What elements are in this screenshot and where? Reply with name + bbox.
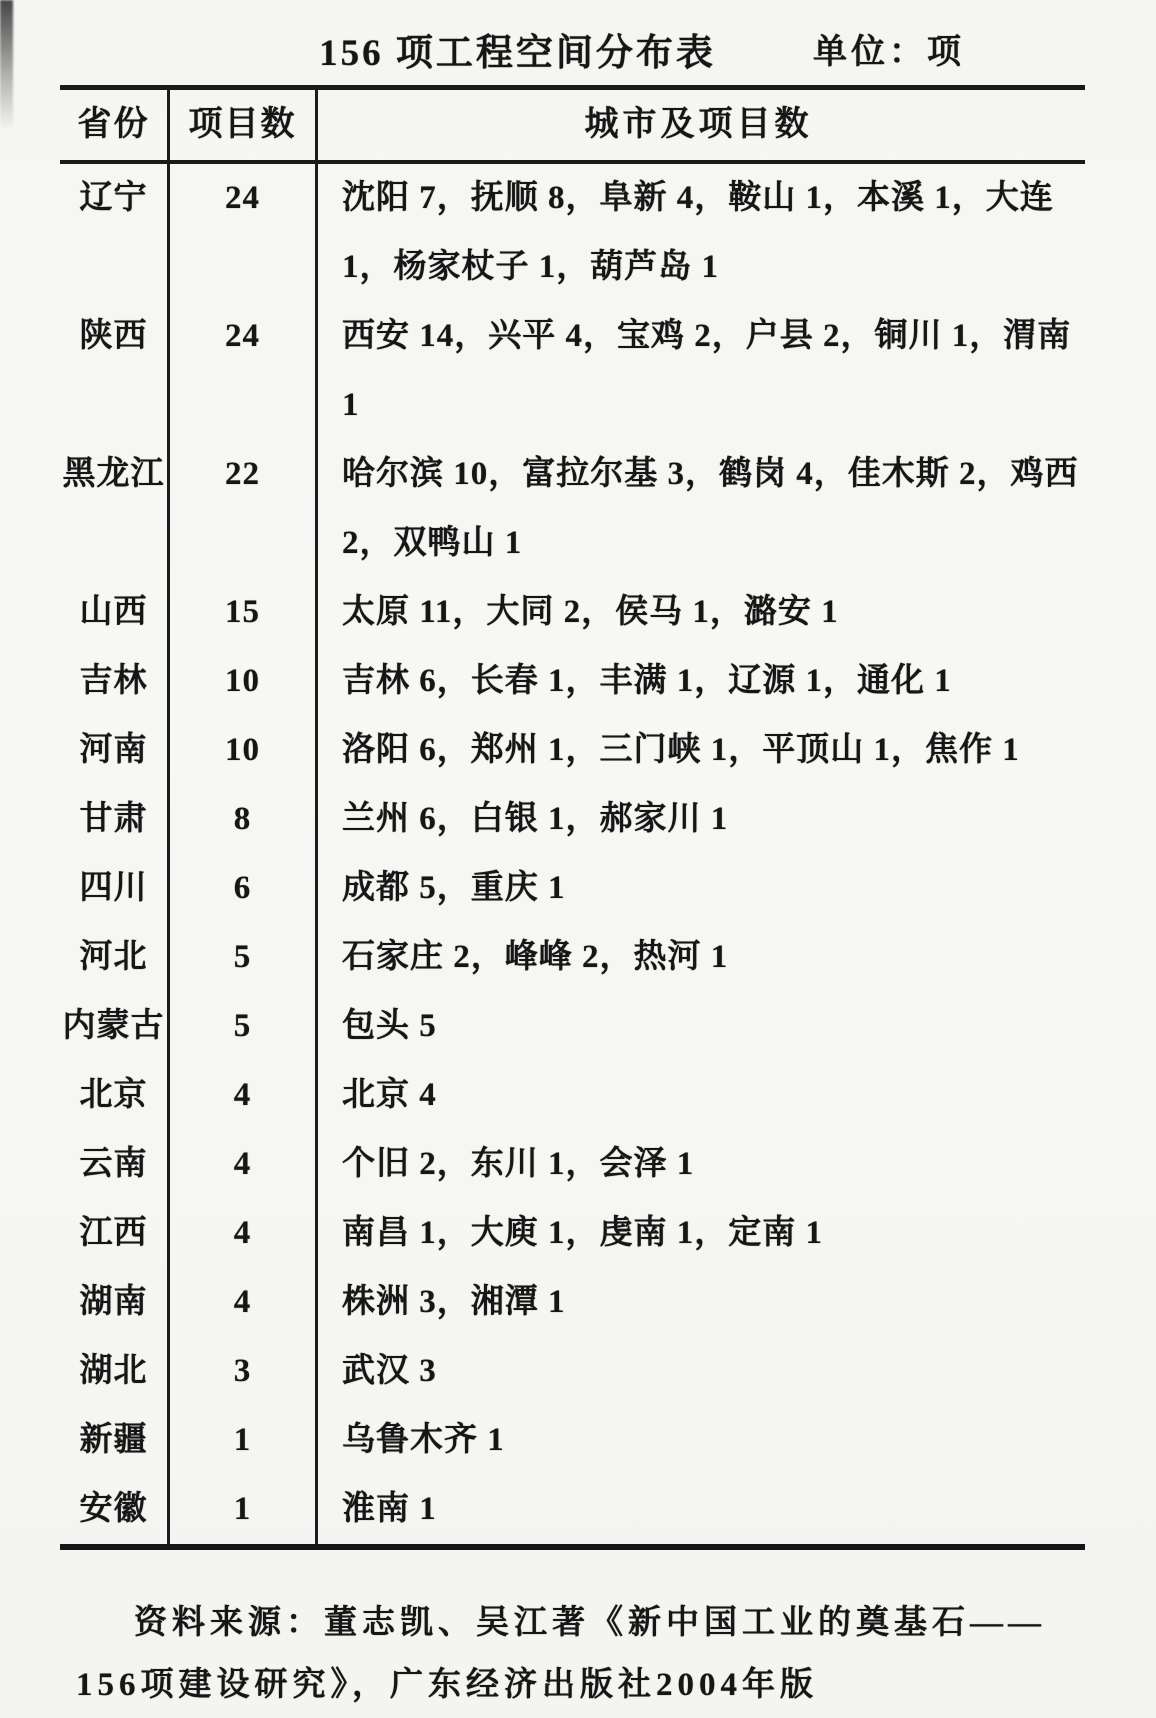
cities-cell: 西安 14，兴平 4，宝鸡 2，户县 2，铜川 1，渭南 1 [318,302,1085,440]
cities-cell: 太原 11，大同 2，侯马 1，潞安 1 [318,578,1085,647]
table-row: 安徽 1 淮南 1 [60,1475,1085,1544]
project-count-cell: 5 [170,923,318,992]
cities-cell: 石家庄 2，峰峰 2，热河 1 [318,923,1085,992]
province-cell: 四川 [60,854,170,923]
cities-cell: 沈阳 7，抚顺 8，阜新 4，鞍山 1，本溪 1，大连 1，杨家杖子 1，葫芦岛… [318,164,1085,302]
source-citation: 资料来源：董志凯、吴江著《新中国工业的奠基石——156项建设研究》，广东经济出版… [76,1592,1076,1716]
project-count-cell: 4 [170,1268,318,1337]
project-count-cell: 5 [170,992,318,1061]
scan-edge-artifact [0,0,13,130]
cities-cell: 北京 4 [318,1061,1085,1130]
distribution-table: 省份 项目数 城市及项目数 辽宁 24 沈阳 7，抚顺 8，阜新 4，鞍山 1，… [60,85,1085,1550]
table-row: 新疆 1 乌鲁木齐 1 [60,1406,1085,1475]
table-row: 甘肃 8 兰州 6，白银 1，郝家川 1 [60,785,1085,854]
cities-cell: 成都 5，重庆 1 [318,854,1085,923]
cities-cell: 淮南 1 [318,1475,1085,1544]
table-row: 四川 6 成都 5，重庆 1 [60,854,1085,923]
province-cell: 内蒙古 [60,992,170,1061]
cities-cell: 株洲 3，湘潭 1 [318,1268,1085,1337]
project-count-cell: 6 [170,854,318,923]
project-count-cell: 4 [170,1199,318,1268]
cities-cell: 包头 5 [318,992,1085,1061]
province-cell: 河北 [60,923,170,992]
province-cell: 陕西 [60,302,170,440]
province-cell: 黑龙江 [60,440,170,578]
table-row: 湖北 3 武汉 3 [60,1337,1085,1406]
table-row: 北京 4 北京 4 [60,1061,1085,1130]
province-cell: 安徽 [60,1475,170,1544]
project-count-cell: 1 [170,1475,318,1544]
province-cell: 湖北 [60,1337,170,1406]
cities-cell: 洛阳 6，郑州 1，三门峡 1，平顶山 1，焦作 1 [318,716,1085,785]
table-body: 辽宁 24 沈阳 7，抚顺 8，阜新 4，鞍山 1，本溪 1，大连 1，杨家杖子… [60,164,1085,1544]
table-row: 吉林 10 吉林 6，长春 1，丰满 1，辽源 1，通化 1 [60,647,1085,716]
province-cell: 云南 [60,1130,170,1199]
table-row: 辽宁 24 沈阳 7，抚顺 8，阜新 4，鞍山 1，本溪 1，大连 1，杨家杖子… [60,164,1085,302]
province-cell: 辽宁 [60,164,170,302]
project-count-cell: 24 [170,302,318,440]
province-cell: 江西 [60,1199,170,1268]
header-project-count: 项目数 [170,90,318,160]
province-cell: 新疆 [60,1406,170,1475]
table-row: 陕西 24 西安 14，兴平 4，宝鸡 2，户县 2，铜川 1，渭南 1 [60,302,1085,440]
project-count-cell: 8 [170,785,318,854]
cities-cell: 武汉 3 [318,1337,1085,1406]
header-cities: 城市及项目数 [318,90,1085,160]
unit-label: 单位：项 [813,24,965,73]
project-count-cell: 4 [170,1130,318,1199]
project-count-cell: 10 [170,716,318,785]
project-count-cell: 22 [170,440,318,578]
scanned-book-page: 156 项工程空间分布表 单位：项 省份 项目数 城市及项目数 辽宁 24 沈阳… [0,0,1156,1718]
project-count-cell: 1 [170,1406,318,1475]
province-cell: 甘肃 [60,785,170,854]
table-row: 河南 10 洛阳 6，郑州 1，三门峡 1，平顶山 1，焦作 1 [60,716,1085,785]
table-row: 黑龙江 22 哈尔滨 10，富拉尔基 3，鹤岗 4，佳木斯 2，鸡西 2，双鸭山… [60,440,1085,578]
cities-cell: 个旧 2，东川 1，会泽 1 [318,1130,1085,1199]
table-caption-row: 156 项工程空间分布表 单位：项 [60,0,1085,85]
project-count-cell: 24 [170,164,318,302]
project-count-cell: 15 [170,578,318,647]
table-row: 江西 4 南昌 1，大庾 1，虔南 1，定南 1 [60,1199,1085,1268]
province-cell: 河南 [60,716,170,785]
cities-cell: 乌鲁木齐 1 [318,1406,1085,1475]
province-cell: 吉林 [60,647,170,716]
table-header-row: 省份 项目数 城市及项目数 [60,90,1085,164]
province-cell: 湖南 [60,1268,170,1337]
project-count-cell: 3 [170,1337,318,1406]
table-row: 湖南 4 株洲 3，湘潭 1 [60,1268,1085,1337]
project-count-cell: 4 [170,1061,318,1130]
project-count-cell: 10 [170,647,318,716]
header-province: 省份 [60,90,170,160]
cities-cell: 兰州 6，白银 1，郝家川 1 [318,785,1085,854]
table-row: 内蒙古 5 包头 5 [60,992,1085,1061]
table-row: 山西 15 太原 11，大同 2，侯马 1，潞安 1 [60,578,1085,647]
table-row: 云南 4 个旧 2，东川 1，会泽 1 [60,1130,1085,1199]
cities-cell: 南昌 1，大庾 1，虔南 1，定南 1 [318,1199,1085,1268]
table-row: 河北 5 石家庄 2，峰峰 2，热河 1 [60,923,1085,992]
cities-cell: 吉林 6，长春 1，丰满 1，辽源 1，通化 1 [318,647,1085,716]
province-cell: 山西 [60,578,170,647]
cities-cell: 哈尔滨 10，富拉尔基 3，鹤岗 4，佳木斯 2，鸡西 2，双鸭山 1 [318,440,1085,578]
province-cell: 北京 [60,1061,170,1130]
